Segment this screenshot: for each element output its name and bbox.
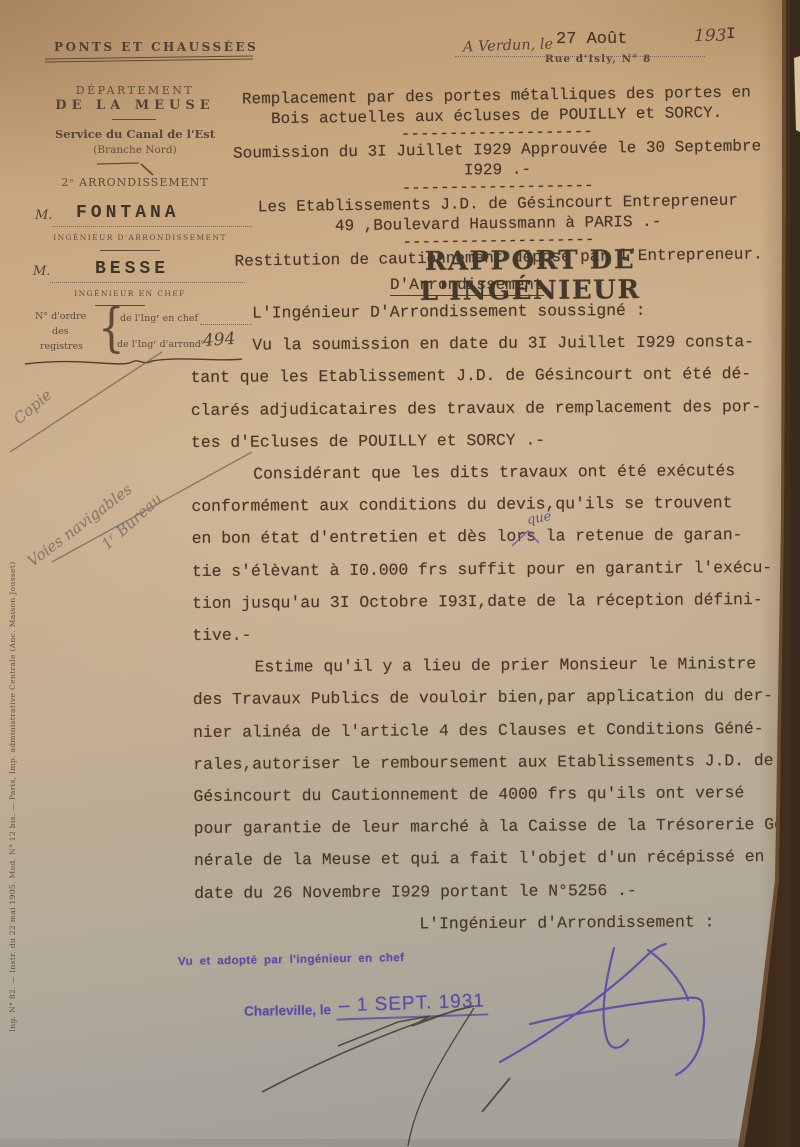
engineer2-title: INGÉNIEUR EN CHEF [30, 289, 230, 298]
body-line: date du 26 Novembre I929 portant le N°52… [194, 873, 794, 909]
body-line: clarés adjudicataires des travaux de rem… [191, 390, 791, 426]
engineer1-prefix: M. [35, 208, 52, 223]
registry-chef-line: de l'Ingʳ en chef [120, 313, 198, 324]
edge-shadow [760, 0, 790, 1147]
document-page: PONTS ET CHAUSSÉES DÉPARTEMENT DE LA MEU… [0, 0, 800, 1147]
dotted-rule [50, 282, 245, 283]
report-subtitle: D'Arrondissement [390, 276, 544, 296]
body-line: Vu la soumission en date du 3I Juillet I… [190, 326, 790, 362]
body-line: en bon état d'entretien et dès lors la r… [192, 519, 792, 555]
short-rule [112, 119, 156, 120]
printer-imprint: Ing. N° 82. — Instr. du 22 mai 1905. Mod… [8, 561, 17, 1032]
body-line: tes d'Ecluses de POUILLY et SORCY .- [191, 423, 791, 459]
body-line: Estime qu'il y a lieu de prier Monsieur … [192, 648, 792, 684]
body-line: conformément aux conditions du devis,qu'… [191, 487, 791, 523]
body-line: nérale de la Meuse et qui a fait l'objet… [194, 841, 794, 877]
body-line: pour garantie de leur marché à la Caisse… [194, 809, 794, 845]
body-line: des Travaux Publics de vouloir bien,par … [193, 680, 793, 716]
body-line: Gésincourt du Cautionnement de 4000 frs … [193, 777, 793, 813]
insertion-caret [508, 526, 553, 551]
report-body: L'Ingénieur D'Arrondissement soussigné :… [190, 294, 794, 942]
dateline-year-typed: I [726, 25, 736, 43]
agency-name: PONTS ET CHAUSSÉES [54, 40, 258, 54]
dateline-date: 27 Août [556, 30, 627, 49]
ink-signature [480, 935, 720, 1085]
dateline-place: A Verdun, le [463, 36, 554, 55]
short-rule [100, 250, 160, 251]
registry-label-1: N° d'ordre [35, 311, 86, 322]
double-rule [45, 56, 253, 63]
registry-label-2: des [52, 326, 69, 337]
body-line: nier alinéa de l'article 4 des Clauses e… [193, 712, 793, 748]
engineer2-prefix: M. [33, 264, 50, 279]
body-line: tive.- [192, 616, 792, 652]
rule-with-arrow [95, 158, 165, 178]
engineer1-name: FONTANA [76, 203, 180, 223]
dateline-address: Rue d'Isly, N° 8 [545, 53, 651, 65]
engineer2-name: BESSE [95, 259, 169, 279]
body-line: Considérant que les dits travaux ont été… [191, 455, 791, 491]
approval-stamp: Vu et adopté par l'ingénieur en chef [178, 952, 405, 968]
body-line: tion jusqu'au 3I Octobre I93I,date de la… [192, 584, 792, 620]
body-opening: L'Ingénieur D'Arrondissement soussigné : [190, 294, 790, 330]
dateline-year-printed: 193 [694, 26, 726, 46]
body-line: tie s'élèvant à I0.000 frs suffit pour e… [192, 551, 792, 587]
body-line: tant que les Etablissement J.D. de Gésin… [190, 358, 790, 394]
body-line: rales,autoriser le remboursement aux Eta… [193, 745, 793, 781]
